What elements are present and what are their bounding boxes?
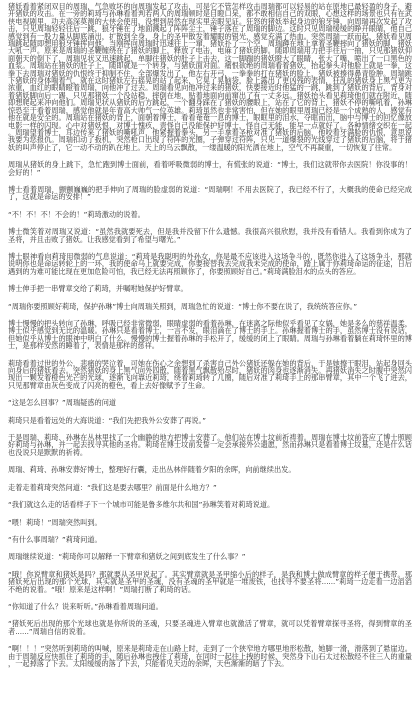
novel-text-page: 猪妖看着紧闭双目的周瑞，气急败坏的向周瑞发起了攻击，可是它不管怎样攻击周瑞都可以…	[0, 0, 420, 709]
story-paragraph: “猪妖死后出现的那个光球也就是你所说的圣魂，只要圣魂进入臂章也就激活了臂章，就可…	[8, 620, 412, 635]
story-paragraph: “我们就这么走的话看样子下一个城市可能是鲁多维尔共和国”孙琳笑着对莉琦说道。	[8, 501, 412, 508]
story-paragraph: 博士慢慢的把头转向了孙琳，呼吸已经非常微弱，眼睛虚弱的看着孙琳，在迷离之际他似乎…	[8, 320, 412, 350]
story-paragraph: 周瑞从猪妖的身上跳下，急忙跑到博士面前，看着呼吸微弱的博士，有慌张的说道：“博士…	[8, 161, 412, 176]
story-paragraph-ending: “啊！！！”突然听到莉琦的叫喊，原来是莉琦走在山路上时，走到了一个狭窄地方哪里地…	[8, 645, 412, 667]
story-paragraph: 博士眼神看向莉琦用微弱的气息说道：“莉琦是我聪明的外孙女，你是最不应该进入这场争…	[8, 253, 412, 275]
story-paragraph: “喂！莉琦！”周瑞突然叫到。	[8, 519, 412, 526]
story-paragraph: 博士看着周瑞，颤颤巍巍的把手伸向了周瑞的脸虚弱的说道：“周瑞啊！不用去医院了，我…	[8, 186, 412, 201]
story-paragraph: 博士伸手把一串臂章交给了莉琦，并嘱咐她保护好臂章。	[8, 285, 412, 292]
story-paragraph: 走着走着莉琦突然问道：“我们这是要去哪里？前面是什么地方？”	[8, 484, 412, 491]
story-paragraph: “周瑞你要照顾好莉琦，保护孙琳”博士向周瑞关照到，周瑞急忙的说道：“博士你不要在…	[8, 303, 412, 310]
story-paragraph: “你知道了什么？说来听听。”孙琳看着周瑞问道。	[8, 603, 412, 610]
story-paragraph: “不！不！不！不会的！”莉琦激动的说着。	[8, 211, 412, 218]
story-paragraph: 周瑞继续说道：“莉琦你可以解释一下臂章和猪妖之间到底发生了什么事？”	[8, 553, 412, 560]
story-paragraph: 莉琦看着过世的外公，悲痛的哭泣着，可她在伤心之余想到了杀害自己外公猪妖还躲在她的…	[8, 360, 412, 390]
story-paragraph-battle: 猪妖看着紧闭双目的周瑞，气急败坏的向周瑞发起了攻击，可是它不管怎样攻击周瑞都可以…	[8, 3, 412, 151]
story-paragraph: 博士微笑着对周瑞又说道：“虽然我就要死去，但是我并没留下什么遗憾。我很高兴很欣慰…	[8, 228, 412, 243]
story-paragraph: “哦！你说臂章和猪妖是吗？那就要从圣甲说起了。其实臂章就是圣甲缩小后的样子，是我…	[8, 571, 412, 593]
story-paragraph: 莉琦只是看着远处的大海说道：“我们先把我外公安葬了再说。”	[8, 417, 412, 424]
story-paragraph: 周瑞、莉琦、孙琳安葬好博士，整理好行囊，走出丛林伴随着夕阳的余晖，向前继续出发。	[8, 466, 412, 473]
story-paragraph: 于是周瑞、莉琦、孙琳在丛林里找了一个幽静的地方把博士安葬了。他们站在博士坟前祈祷…	[8, 434, 412, 456]
story-paragraph: “这是怎么回事？”周瑞疑惑的问道	[8, 399, 412, 406]
story-paragraph: “有什么事周瑞？”莉琦问道。	[8, 536, 412, 543]
